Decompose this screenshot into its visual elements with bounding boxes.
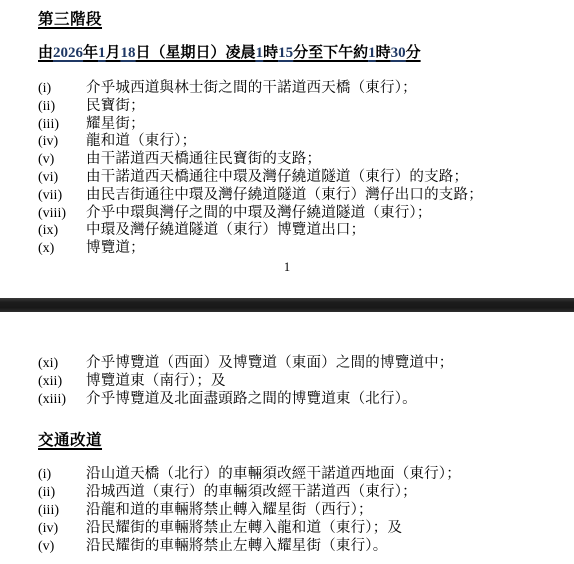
list-item-text: 介乎博覽道（西面）及博覽道（東面）之間的博覽道中； <box>86 355 454 371</box>
list-item: (x)博覽道； <box>38 240 564 258</box>
list-item-text: 民寶街； <box>86 98 145 114</box>
pdf-page-1: 第三階段 由2026年1月18日（星期日）凌晨1時15分至下午約1時30分 (i… <box>0 0 574 298</box>
schedule-text: 日（星期日）凌晨 <box>136 45 256 61</box>
list-item: (iv)沿民耀街的車輛將禁止左轉入龍和道（東行）；及 <box>38 519 564 537</box>
list-item: (i)介乎城西道與林士街之間的干諾道西天橋（東行）； <box>38 80 564 98</box>
list-item-number: (iv) <box>38 520 86 538</box>
list-item-number: (x) <box>38 240 86 258</box>
list-item-number: (viii) <box>38 205 86 223</box>
list-item-number: (v) <box>38 538 86 556</box>
list-item-number: (xiii) <box>38 391 86 409</box>
schedule-text: 年 <box>83 45 98 61</box>
diversion-heading: 交通改道 <box>38 428 102 450</box>
list-item-number: (xi) <box>38 355 86 373</box>
schedule-number: 1 <box>256 45 264 61</box>
list-item-number: (v) <box>38 151 86 169</box>
list-item-number: (ii) <box>38 484 86 502</box>
list-item: (v)由干諾道西天橋通往民寶街的支路； <box>38 151 564 169</box>
list-item-number: (iii) <box>38 116 86 134</box>
list-item-number: (ii) <box>38 98 86 116</box>
list-item-number: (iii) <box>38 502 86 520</box>
list-item: (ii)沿城西道（東行）的車輛須改經干諾道西（東行）； <box>38 483 564 501</box>
list-item: (xiii)介乎博覽道及北面盡頭路之間的博覽道東（北行）。 <box>38 391 564 409</box>
closure-list-continued: (xi)介乎博覽道（西面）及博覽道（東面）之間的博覽道中；(xii)博覽道東（南… <box>38 355 564 408</box>
list-item: (iv)龍和道（東行）； <box>38 133 564 151</box>
list-item-text: 龍和道（東行）； <box>86 133 196 149</box>
list-item-number: (iv) <box>38 133 86 151</box>
list-item-text: 中環及灣仔繞道隧道（東行）博覽道出口； <box>86 222 365 238</box>
list-item-text: 博覽道東（南行）；及 <box>86 373 226 389</box>
list-item-text: 由干諾道西天橋通往中環及灣仔繞道隧道（東行）的支路； <box>86 169 468 185</box>
list-item-text: 沿龍和道的車輛將禁止轉入耀星街（西行）； <box>86 502 373 518</box>
list-item-number: (i) <box>38 466 86 484</box>
page-separator-bar <box>0 298 574 312</box>
list-item: (xii)博覽道東（南行）；及 <box>38 373 564 391</box>
closure-list: (i)介乎城西道與林士街之間的干諾道西天橋（東行）；(ii)民寶街；(iii)耀… <box>38 80 564 258</box>
list-item: (v)沿民耀街的車輛將禁止左轉入耀星街（東行）。 <box>38 537 564 555</box>
list-item: (ii)民寶街； <box>38 98 564 116</box>
schedule-text: 時 <box>376 45 391 61</box>
list-item: (i)沿山道天橋（北行）的車輛須改經干諾道西地面（東行）； <box>38 465 564 483</box>
list-item-number: (xii) <box>38 373 86 391</box>
schedule-number: 1 <box>98 45 106 61</box>
schedule-number: 1 <box>368 45 376 61</box>
list-item-text: 沿城西道（東行）的車輛須改經干諾道西（東行）； <box>86 484 417 500</box>
schedule-number: 2026 <box>53 45 83 61</box>
schedule-text: 由 <box>38 45 53 61</box>
list-item: (vii)由民吉街通往中環及灣仔繞道隧道（東行）灣仔出口的支路； <box>38 187 564 205</box>
schedule-number: 18 <box>121 45 136 61</box>
list-item-text: 介乎博覽道及北面盡頭路之間的博覽道東（北行）。 <box>86 391 417 407</box>
schedule-line: 由2026年1月18日（星期日）凌晨1時15分至下午約1時30分 <box>38 41 421 62</box>
list-item-text: 沿山道天橋（北行）的車輛須改經干諾道西地面（東行）； <box>86 466 461 482</box>
list-item-text: 沿民耀街的車輛將禁止左轉入龍和道（東行）；及 <box>86 520 402 536</box>
list-item-text: 介乎城西道與林士街之間的干諾道西天橋（東行）； <box>86 80 417 96</box>
list-item-text: 由民吉街通往中環及灣仔繞道隧道（東行）灣仔出口的支路； <box>86 187 483 203</box>
list-item-number: (i) <box>38 80 86 98</box>
list-item: (iii)沿龍和道的車輛將禁止轉入耀星街（西行）； <box>38 501 564 519</box>
schedule-number: 15 <box>278 45 293 61</box>
list-item: (xi)介乎博覽道（西面）及博覽道（東面）之間的博覽道中； <box>38 355 564 373</box>
page-number: 1 <box>0 260 574 275</box>
list-item-text: 沿民耀街的車輛將禁止左轉入耀星街（東行）。 <box>86 538 387 554</box>
pdf-page-2: (xi)介乎博覽道（西面）及博覽道（東面）之間的博覽道中；(xii)博覽道東（南… <box>0 312 574 564</box>
list-item-number: (vii) <box>38 187 86 205</box>
list-item-text: 耀星街； <box>86 116 145 132</box>
schedule-text: 時 <box>263 45 278 61</box>
schedule-text: 月 <box>106 45 121 61</box>
schedule-text: 分 <box>406 45 421 61</box>
list-item-number: (vi) <box>38 169 86 187</box>
diversion-list: (i)沿山道天橋（北行）的車輛須改經干諾道西地面（東行）；(ii)沿城西道（東行… <box>38 465 564 555</box>
list-item: (viii)介乎中環與灣仔之間的中環及灣仔繞道隧道（東行）； <box>38 205 564 223</box>
phase-heading: 第三階段 <box>38 7 102 29</box>
list-item-number: (ix) <box>38 222 86 240</box>
schedule-text: 分至下午約 <box>293 45 368 61</box>
list-item: (iii)耀星街； <box>38 116 564 134</box>
list-item-text: 介乎中環與灣仔之間的中環及灣仔繞道隧道（東行）； <box>86 205 432 221</box>
list-item-text: 由干諾道西天橋通往民寶街的支路； <box>86 151 321 167</box>
list-item: (vi)由干諾道西天橋通往中環及灣仔繞道隧道（東行）的支路； <box>38 169 564 187</box>
schedule-number: 30 <box>391 45 406 61</box>
pdf-viewer: 第三階段 由2026年1月18日（星期日）凌晨1時15分至下午約1時30分 (i… <box>0 0 574 564</box>
list-item-text: 博覽道； <box>86 240 145 256</box>
list-item: (ix)中環及灣仔繞道隧道（東行）博覽道出口； <box>38 222 564 240</box>
